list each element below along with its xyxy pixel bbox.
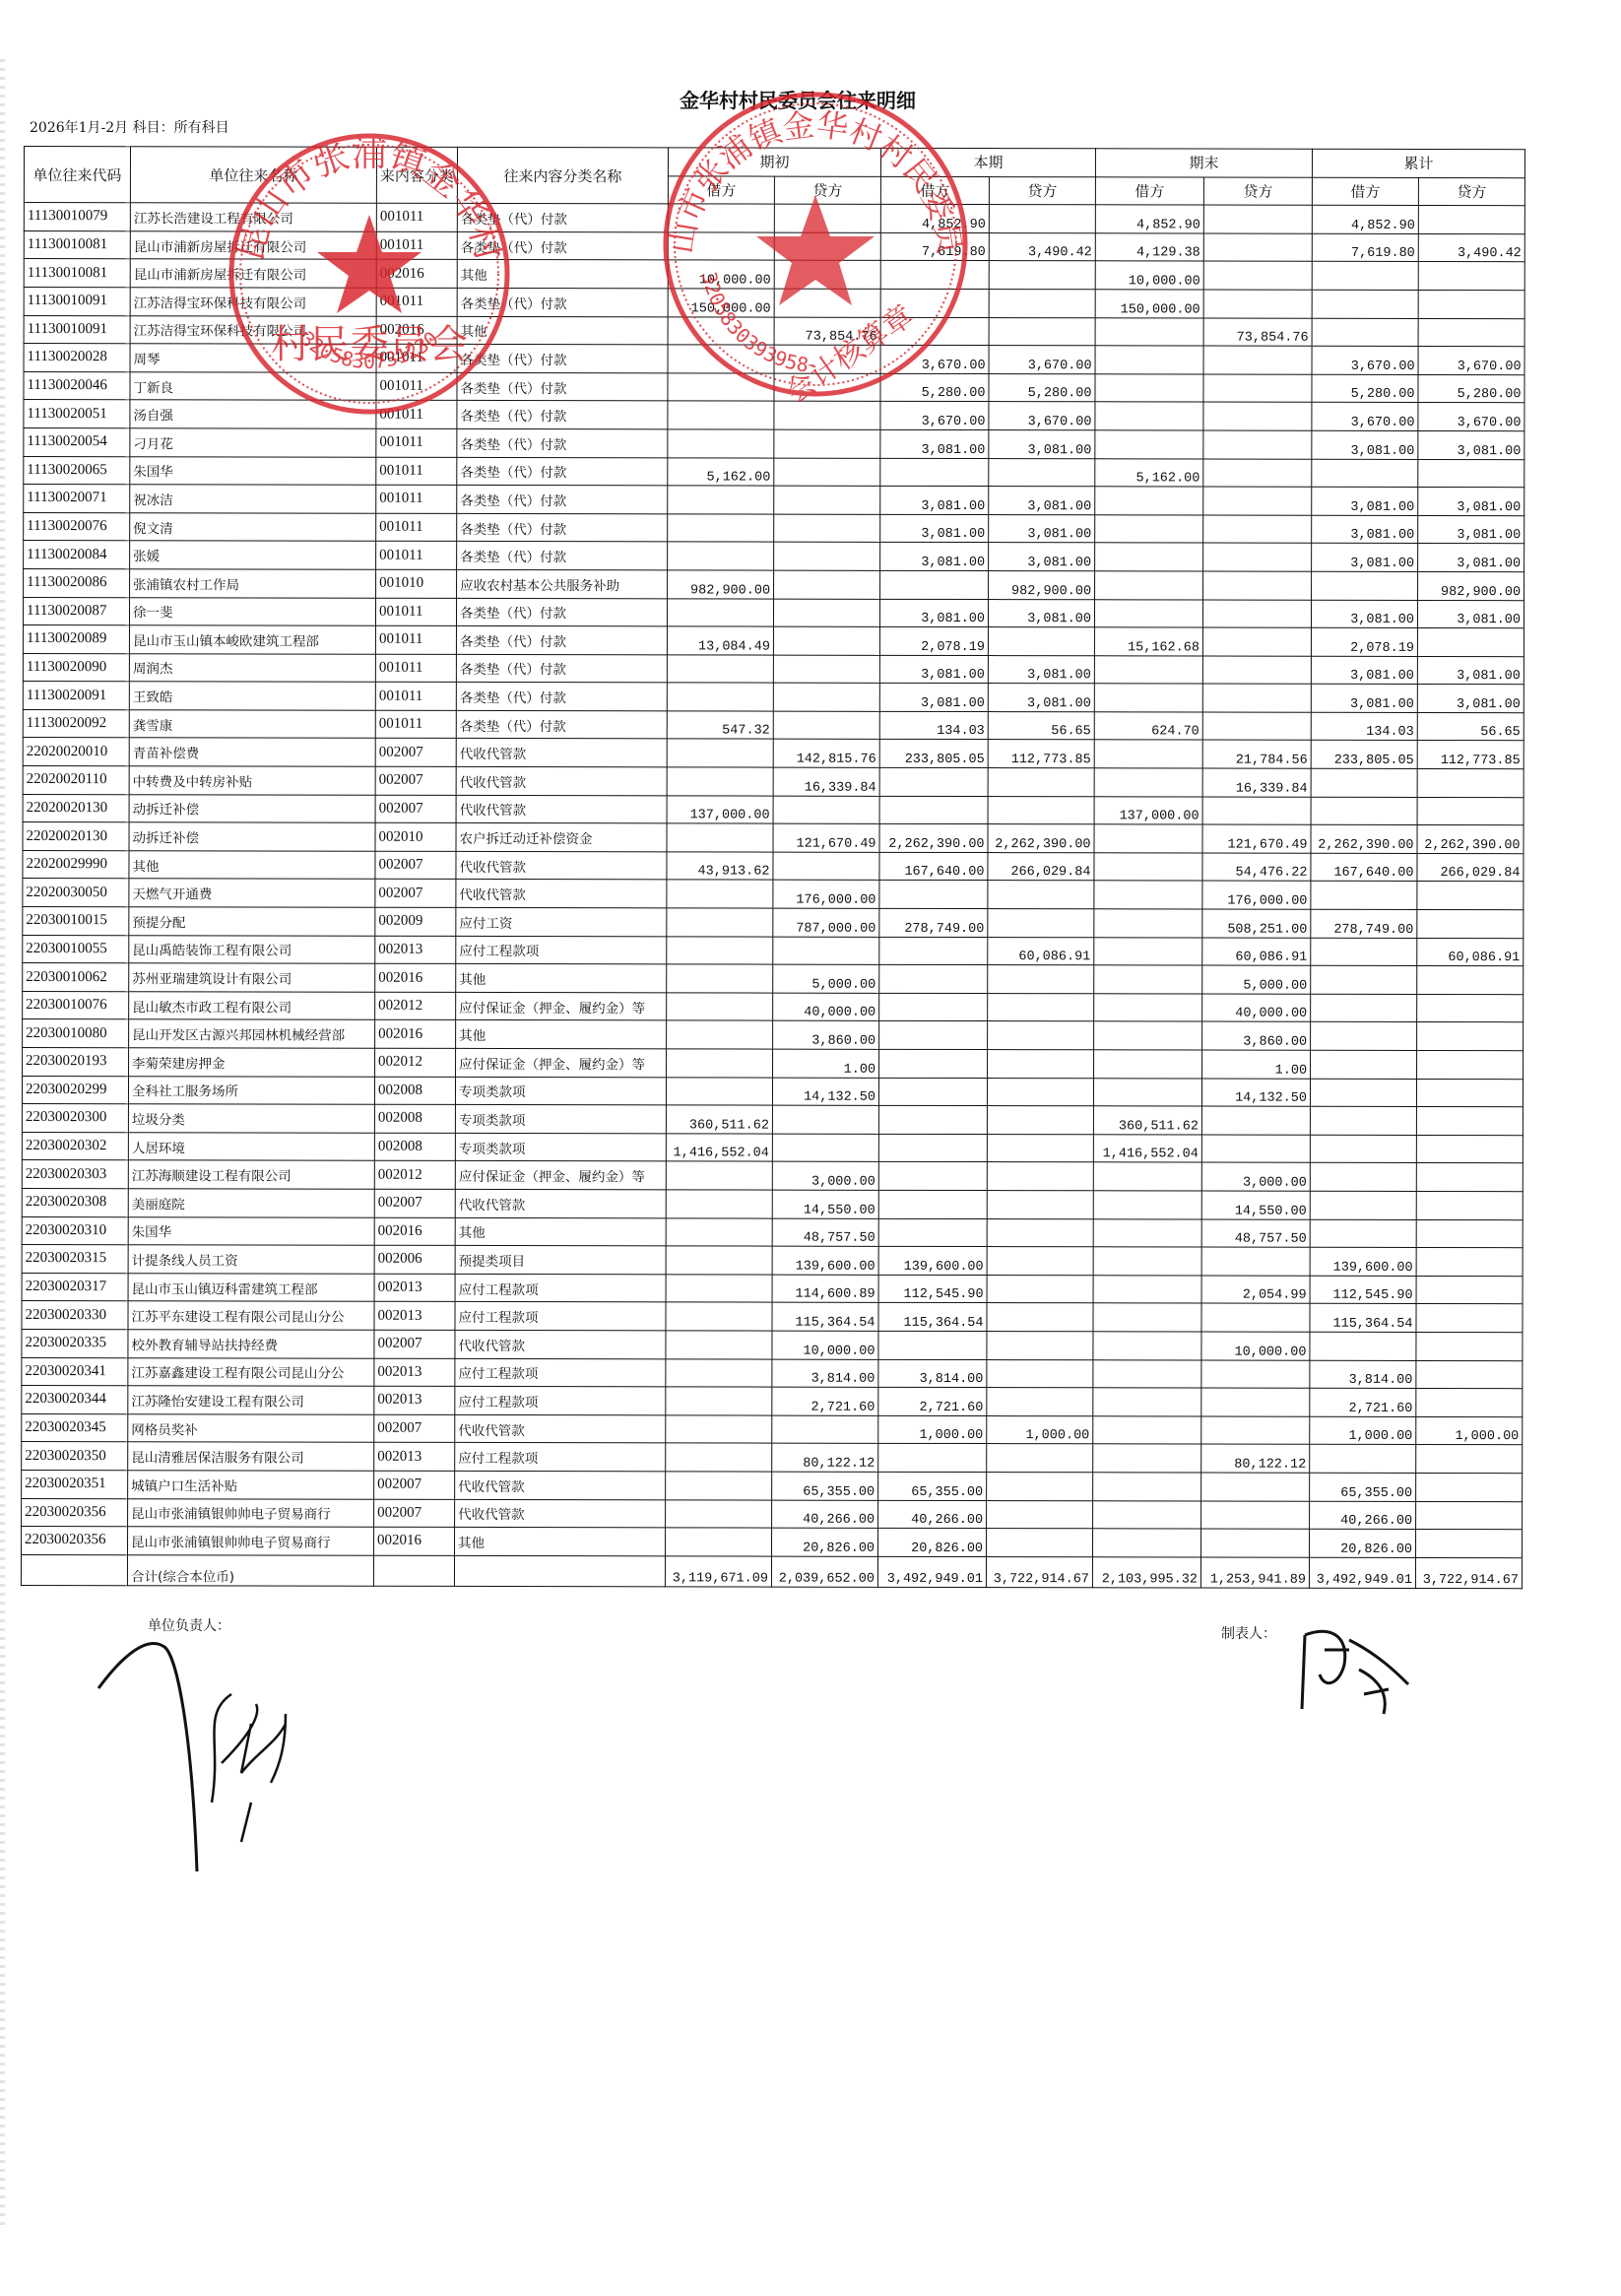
total-cat-cell [373, 1555, 454, 1586]
row-opening-debit: 982,900.00 [668, 570, 774, 599]
row-closing-debit [1093, 1500, 1201, 1529]
row-closing-credit [1201, 1501, 1310, 1530]
row-closing-credit: 3,000.00 [1201, 1162, 1310, 1191]
row-opening-credit: 787,000.00 [773, 908, 879, 937]
row-opening-debit [668, 486, 774, 514]
row-category-name: 其他 [457, 316, 668, 345]
row-cumulative-credit [1417, 797, 1524, 825]
table-row: 11130010091江苏洁得宝环保科技有限公司002016其他73,854.7… [24, 315, 1524, 347]
row-cumulative-credit [1416, 1276, 1523, 1304]
row-cumulative-debit: 3,670.00 [1312, 403, 1418, 431]
row-cumulative-credit [1416, 1501, 1523, 1530]
row-opening-credit [774, 289, 880, 317]
row-category-name: 预提类项目 [455, 1246, 666, 1275]
row-cumulative-credit: 3,081.00 [1417, 600, 1524, 628]
row-current-credit [988, 796, 1094, 824]
row-closing-credit [1201, 1529, 1310, 1557]
row-current-debit: 20,826.00 [878, 1528, 987, 1556]
row-closing-credit [1203, 402, 1312, 430]
row-cumulative-debit [1310, 1163, 1416, 1192]
total-current-credit: 3,722,914.67 [986, 1556, 1092, 1587]
row-opening-debit [667, 964, 773, 993]
row-opening-debit [668, 204, 774, 232]
row-name: 天燃气开通费 [129, 879, 375, 907]
row-opening-debit: 547.32 [667, 711, 773, 740]
row-closing-credit [1201, 1247, 1310, 1276]
row-cumulative-debit: 3,081.00 [1311, 600, 1417, 628]
row-opening-debit [668, 345, 774, 373]
row-name: 昆山市张浦镇银帅帅电子贸易商行 [128, 1527, 374, 1555]
row-category-code: 002013 [374, 1386, 455, 1414]
total-current-debit: 3,492,949.01 [877, 1556, 986, 1587]
row-name: 美丽庭院 [128, 1189, 374, 1217]
row-cumulative-debit [1310, 1106, 1416, 1135]
col-header-credit: 贷方 [1203, 177, 1312, 206]
col-header-credit: 贷方 [774, 176, 880, 205]
row-closing-debit [1093, 1415, 1201, 1444]
row-code: 11130020046 [24, 371, 130, 400]
row-current-debit: 5,280.00 [880, 373, 989, 402]
row-closing-credit: 5,000.00 [1202, 965, 1311, 994]
row-category-code: 002008 [374, 1077, 455, 1105]
row-category-code: 002006 [374, 1245, 455, 1274]
row-cumulative-credit: 3,670.00 [1418, 347, 1524, 375]
row-code: 22030020310 [22, 1216, 128, 1245]
row-opening-credit: 5,000.00 [773, 964, 879, 993]
row-closing-credit [1203, 261, 1312, 290]
row-closing-debit: 4,129.38 [1095, 233, 1203, 262]
row-code: 11130010091 [24, 315, 130, 344]
row-cumulative-credit [1418, 318, 1524, 347]
row-cumulative-credit [1417, 769, 1524, 798]
row-category-name: 各类垫（代）付款 [457, 428, 668, 457]
row-category-code: 001011 [375, 598, 456, 626]
row-name: 其他 [129, 851, 375, 880]
row-cumulative-debit: 5,280.00 [1312, 374, 1418, 403]
row-opening-credit [774, 232, 880, 261]
row-closing-debit [1093, 1191, 1201, 1219]
row-opening-debit [666, 1443, 772, 1472]
row-category-name: 各类垫（代）付款 [456, 626, 667, 655]
row-opening-debit [666, 1246, 772, 1275]
row-closing-credit [1203, 205, 1312, 233]
row-code: 22030010015 [23, 907, 129, 936]
table-row: 11130020089昆山市玉山镇本峻欧建筑工程部001011各类垫（代）付款1… [23, 625, 1524, 657]
row-opening-credit: 20,826.00 [772, 1528, 878, 1556]
row-cumulative-debit: 3,081.00 [1311, 685, 1417, 713]
row-code: 22030010076 [23, 991, 129, 1019]
table-row: 22030020335校外教育辅导站扶持经费002007代收代管款10,000.… [22, 1329, 1523, 1360]
row-cumulative-debit [1312, 318, 1418, 347]
row-cumulative-debit: 3,670.00 [1312, 346, 1418, 374]
row-current-debit: 2,078.19 [879, 626, 988, 655]
row-opening-debit [666, 1190, 772, 1218]
row-cumulative-debit [1310, 1079, 1416, 1107]
row-opening-debit [668, 373, 774, 402]
table-row: 22030010062苏州亚瑞建筑设计有限公司002016其他5,000.005… [23, 963, 1524, 995]
row-cumulative-credit: 982,900.00 [1418, 571, 1524, 600]
row-current-debit: 1,000.00 [878, 1415, 987, 1444]
row-cumulative-debit [1310, 1135, 1416, 1163]
row-closing-credit: 508,251.00 [1202, 909, 1311, 938]
row-name: 江苏海顺建设工程有限公司 [128, 1160, 374, 1189]
row-closing-debit [1093, 1444, 1201, 1473]
row-category-code: 002007 [375, 766, 456, 795]
row-category-name: 代收代管款 [455, 1414, 666, 1443]
table-row: 22030020344江苏隆怡安建设工程有限公司002013应付工程款项2,72… [22, 1386, 1523, 1417]
row-opening-credit [773, 937, 879, 965]
row-current-debit [880, 570, 989, 599]
row-opening-debit [668, 232, 774, 261]
row-code: 22020020010 [23, 738, 129, 766]
row-current-debit: 2,721.60 [878, 1387, 987, 1415]
row-closing-credit: 14,550.00 [1201, 1191, 1310, 1219]
row-closing-credit [1202, 627, 1311, 656]
row-opening-credit: 65,355.00 [772, 1472, 878, 1500]
row-category-code: 001011 [375, 710, 456, 739]
group-header-closing: 期末 [1095, 149, 1312, 177]
row-category-name: 各类垫（代）付款 [457, 204, 668, 232]
row-category-name: 各类垫（代）付款 [456, 598, 667, 626]
row-category-name: 专项类款项 [455, 1105, 666, 1134]
row-closing-debit: 15,162.68 [1094, 627, 1202, 656]
row-code: 11130010081 [24, 230, 130, 259]
row-category-code: 001011 [376, 344, 457, 372]
row-closing-debit [1094, 1050, 1202, 1079]
row-name: 校外教育辅导站扶持经费 [128, 1330, 374, 1358]
row-closing-credit: 16,339.84 [1202, 768, 1311, 797]
row-category-code: 002007 [374, 1189, 455, 1217]
row-closing-debit [1095, 543, 1203, 571]
row-closing-debit: 1,416,552.04 [1093, 1135, 1201, 1163]
total-label: 合计(综合本位币) [127, 1554, 373, 1586]
row-closing-debit [1094, 599, 1202, 627]
row-cumulative-credit [1416, 1079, 1523, 1107]
row-category-code: 002009 [375, 907, 456, 936]
row-opening-debit [667, 1049, 773, 1078]
row-opening-credit: 1.00 [773, 1049, 879, 1078]
row-category-name: 其他 [456, 1020, 667, 1049]
row-opening-credit: 142,815.76 [773, 740, 879, 768]
row-name: 丁新良 [130, 371, 376, 400]
row-current-credit [987, 1247, 1093, 1276]
row-category-name: 各类垫（代）付款 [457, 372, 668, 401]
row-code: 22030020302 [22, 1132, 128, 1160]
row-closing-credit: 3,860.00 [1202, 1021, 1311, 1050]
row-name: 全科社工服务场所 [128, 1076, 374, 1104]
total-closing-credit: 1,253,941.89 [1200, 1557, 1309, 1588]
row-opening-credit: 3,814.00 [772, 1359, 878, 1388]
row-opening-debit [666, 1528, 772, 1556]
row-code: 22020020110 [23, 766, 129, 795]
row-category-code: 002012 [375, 992, 456, 1020]
row-current-debit [880, 261, 989, 290]
row-cumulative-debit [1311, 1050, 1417, 1079]
row-category-name: 应付工程款项 [456, 936, 667, 964]
row-closing-credit [1202, 656, 1311, 685]
row-cumulative-credit [1416, 1219, 1523, 1248]
table-row: 22020030050天燃气开通费002007代收代管款176,000.0017… [23, 879, 1524, 910]
row-category-code: 001011 [376, 542, 457, 570]
row-opening-credit [772, 1134, 878, 1162]
row-current-debit [880, 289, 989, 317]
row-name: 城镇户口生活补贴 [128, 1471, 374, 1499]
row-cumulative-credit [1416, 1107, 1523, 1136]
row-opening-debit: 10,000.00 [668, 260, 774, 289]
row-opening-debit [668, 542, 774, 570]
row-current-debit [880, 317, 989, 346]
row-name: 昆山市玉山镇迈科雷建筑工程部 [128, 1273, 374, 1301]
row-current-debit [879, 937, 988, 965]
row-closing-debit [1093, 1162, 1201, 1191]
row-name: 王致皓 [129, 682, 375, 710]
row-name: 苏州亚瑞建筑设计有限公司 [129, 963, 375, 992]
ledger-body: 11130010079江苏长浩建设工程有限公司001011各类垫（代）付款4,8… [22, 203, 1525, 1558]
row-opening-credit [774, 373, 880, 402]
row-opening-credit [774, 204, 880, 232]
document-title: 金华村村民委员会往来明细 [680, 85, 916, 113]
row-category-code: 001011 [375, 683, 456, 711]
row-name: 周润杰 [129, 653, 375, 682]
row-current-debit [879, 993, 988, 1021]
row-current-credit [987, 1303, 1093, 1332]
row-name: 昆山禹皓装饰工程有限公司 [129, 935, 375, 963]
row-opening-debit [667, 655, 773, 684]
row-current-credit: 60,086.91 [988, 937, 1094, 965]
row-category-name: 代收代管款 [455, 1471, 666, 1499]
row-category-name: 应付保证金（押金、履约金）等 [456, 992, 667, 1020]
row-current-credit [988, 627, 1094, 656]
table-row: 22020020110中转费及中转房补贴002007代收代管款16,339.84… [23, 766, 1524, 798]
row-opening-credit [774, 486, 880, 514]
row-code: 11130020087 [23, 597, 129, 625]
table-row: 22030020330江苏平东建设工程有限公司昆山分公002013应付工程款项1… [22, 1301, 1523, 1333]
row-current-credit [987, 1500, 1093, 1529]
row-opening-debit [667, 823, 773, 852]
row-category-code: 002008 [374, 1133, 455, 1161]
row-cumulative-debit: 112,545.90 [1310, 1276, 1416, 1304]
row-category-code: 001011 [376, 457, 457, 486]
table-row: 11130020051汤自强001011各类垫（代）付款3,670.003,67… [24, 400, 1524, 431]
row-current-credit [988, 768, 1094, 797]
row-cumulative-credit: 3,081.00 [1417, 656, 1524, 685]
row-cumulative-credit: 3,081.00 [1417, 685, 1524, 713]
table-row: 22030020308美丽庭院002007代收代管款14,550.0014,55… [22, 1188, 1523, 1219]
total-row: 合计(综合本位币) 3,119,671.09 2,039,652.00 3,49… [21, 1554, 1522, 1588]
row-closing-debit [1093, 1276, 1201, 1304]
row-closing-credit [1201, 1416, 1310, 1445]
row-current-credit: 3,081.00 [988, 655, 1094, 684]
table-row: 22030010055昆山禹皓装饰工程有限公司002013应付工程款项60,08… [23, 935, 1524, 966]
row-current-debit [879, 1049, 988, 1078]
row-opening-debit [667, 936, 773, 964]
row-current-credit: 3,081.00 [989, 543, 1095, 571]
row-code: 11130020090 [23, 653, 129, 682]
table-row: 11130020084张媛001011各类垫（代）付款3,081.003,081… [24, 541, 1524, 572]
preparer-signature-icon [1290, 1615, 1428, 1724]
table-row: 22030020303江苏海顺建设工程有限公司002012应付保证金（押金、履约… [22, 1160, 1523, 1192]
row-current-debit [880, 458, 989, 487]
row-opening-debit [667, 739, 773, 767]
table-row: 11130020065朱国华001011各类垫（代）付款5,162.005,16… [24, 456, 1524, 488]
row-closing-debit [1094, 740, 1202, 768]
row-cumulative-credit: 2,262,390.00 [1417, 825, 1524, 854]
row-category-name: 其他 [455, 1217, 666, 1246]
row-code: 11130020054 [24, 427, 130, 456]
row-category-code: 002013 [375, 936, 456, 964]
table-row: 11130010079江苏长浩建设工程有限公司001011各类垫（代）付款4,8… [24, 203, 1524, 234]
row-cumulative-debit [1312, 571, 1418, 600]
table-row: 11130020087徐一斐001011各类垫（代）付款3,081.003,08… [23, 597, 1524, 628]
total-cumulative-credit: 3,722,914.67 [1415, 1557, 1522, 1588]
row-closing-credit [1203, 233, 1312, 262]
row-current-credit [987, 1472, 1093, 1500]
row-cumulative-credit: 3,081.00 [1418, 544, 1524, 572]
row-name: 朱国华 [130, 456, 376, 485]
row-code: 22030020350 [22, 1442, 128, 1471]
row-current-credit [989, 290, 1095, 318]
row-category-code: 002007 [375, 739, 456, 767]
row-current-debit: 115,364.54 [878, 1303, 987, 1332]
row-category-code: 001011 [376, 428, 457, 457]
row-current-credit: 3,670.00 [989, 402, 1095, 430]
row-code: 11130020028 [24, 344, 130, 372]
scan-edge-artifact [0, 59, 5, 2226]
table-row: 22030020315计提条线人员工资002006预提类项目139,600.00… [22, 1245, 1523, 1277]
row-opening-credit: 115,364.54 [772, 1302, 878, 1331]
row-closing-credit [1203, 346, 1312, 374]
row-closing-debit [1094, 881, 1202, 909]
row-category-code: 002013 [374, 1274, 455, 1302]
row-closing-debit [1095, 487, 1203, 515]
row-opening-credit [772, 1105, 878, 1134]
row-current-debit [879, 881, 988, 909]
row-name: 周琴 [130, 344, 376, 372]
total-closing-debit: 2,103,995.32 [1092, 1556, 1200, 1587]
row-category-code: 002007 [374, 1414, 455, 1443]
row-current-debit: 3,081.00 [880, 429, 989, 458]
row-cumulative-credit: 266,029.84 [1417, 853, 1524, 882]
row-closing-credit [1203, 571, 1312, 600]
unit-head-signature-icon [94, 1625, 369, 1881]
table-row: 22030020299全科社工服务场所002008专项类款项14,132.501… [22, 1076, 1523, 1107]
row-closing-debit [1095, 514, 1203, 543]
row-current-credit [988, 909, 1094, 938]
row-opening-debit [667, 767, 773, 796]
row-opening-credit [774, 458, 880, 487]
row-category-name: 代收代管款 [456, 795, 667, 823]
row-code: 11130020092 [23, 709, 129, 738]
row-category-code: 001011 [376, 372, 457, 401]
row-name: 汤自强 [130, 400, 376, 428]
row-cumulative-debit [1311, 965, 1417, 994]
row-current-debit: 3,670.00 [880, 345, 989, 373]
row-code: 11130020091 [23, 682, 129, 710]
row-closing-debit [1094, 965, 1202, 994]
row-cumulative-debit [1310, 1445, 1416, 1474]
row-closing-debit [1093, 1388, 1201, 1416]
table-row: 22030020310朱国华002016其他48,757.5048,757.50 [22, 1216, 1523, 1248]
row-opening-debit [666, 1217, 772, 1246]
row-category-code: 002007 [375, 880, 456, 908]
row-code: 22030020299 [22, 1076, 128, 1104]
row-category-name: 其他 [457, 260, 668, 289]
row-current-debit: 2,262,390.00 [879, 824, 988, 853]
table-row: 11130020071祝冰洁001011各类垫（代）付款3,081.003,08… [24, 485, 1524, 516]
row-cumulative-credit: 3,081.00 [1418, 515, 1524, 544]
row-category-name: 应付工程款项 [455, 1274, 666, 1302]
row-cumulative-credit: 112,773.85 [1417, 741, 1524, 769]
row-current-credit: 3,081.00 [988, 684, 1094, 712]
row-closing-credit [1201, 1135, 1310, 1163]
row-opening-credit [773, 852, 879, 881]
row-current-credit: 2,262,390.00 [988, 824, 1094, 853]
row-name: 江苏隆怡安建设工程有限公司 [128, 1386, 374, 1414]
table-row: 11130020091王致皓001011各类垫（代）付款3,081.003,08… [23, 682, 1524, 713]
row-category-code: 002013 [374, 1443, 455, 1472]
row-cumulative-debit [1311, 768, 1417, 797]
row-closing-credit: 1.00 [1202, 1050, 1311, 1079]
row-code: 22030020300 [22, 1104, 128, 1133]
row-closing-credit: 10,000.00 [1201, 1332, 1310, 1360]
row-closing-credit: 176,000.00 [1202, 881, 1311, 909]
row-opening-debit [668, 429, 774, 458]
table-row: 11130020090周润杰001011各类垫（代）付款3,081.003,08… [23, 653, 1524, 685]
table-row: 22030020300垃圾分类002008专项类款项360,511.62360,… [22, 1104, 1523, 1136]
row-closing-debit [1095, 430, 1203, 459]
row-code: 22030020356 [22, 1527, 128, 1555]
row-name: 江苏平东建设工程有限公司昆山分公 [128, 1301, 374, 1330]
row-category-name: 应付工程款项 [455, 1387, 666, 1415]
row-closing-debit: 4,852.90 [1095, 205, 1203, 233]
row-name: 祝冰洁 [130, 485, 376, 513]
row-opening-credit: 2,721.60 [772, 1387, 878, 1415]
row-name: 江苏长浩建设工程有限公司 [130, 203, 376, 231]
row-opening-debit [666, 1275, 772, 1303]
row-cumulative-debit: 2,721.60 [1310, 1388, 1416, 1416]
row-opening-debit [666, 1358, 772, 1387]
row-cumulative-debit: 40,266.00 [1310, 1501, 1416, 1530]
row-opening-debit [667, 908, 773, 937]
row-current-credit: 56.65 [988, 711, 1094, 740]
row-cumulative-debit: 278,749.00 [1311, 909, 1417, 938]
row-current-debit: 40,266.00 [878, 1500, 987, 1529]
row-current-credit [987, 1275, 1093, 1303]
row-name: 中转费及中转房补贴 [129, 766, 375, 795]
row-opening-credit: 73,854.76 [774, 317, 880, 346]
row-closing-credit: 40,000.00 [1202, 994, 1311, 1022]
row-category-code: 002013 [374, 1358, 455, 1387]
row-category-name: 其他 [456, 964, 667, 993]
row-opening-debit: 360,511.62 [666, 1105, 772, 1134]
row-current-debit [879, 1021, 988, 1050]
row-category-name: 应收农村基本公共服务补助 [457, 569, 668, 598]
row-opening-credit [774, 345, 880, 373]
row-name: 动拆迁补偿 [129, 822, 375, 851]
row-category-code: 001010 [376, 569, 457, 598]
table-row: 22030020302人居环境002008专项类款项1,416,552.041,… [22, 1132, 1523, 1163]
row-code: 11130010091 [24, 287, 130, 315]
row-current-credit [987, 1218, 1093, 1247]
row-code: 11130020076 [24, 512, 130, 541]
row-current-debit: 278,749.00 [879, 908, 988, 937]
row-opening-debit: 5,162.00 [668, 457, 774, 486]
row-opening-credit: 10,000.00 [772, 1331, 878, 1359]
row-code: 22030020193 [23, 1047, 129, 1076]
row-opening-credit: 14,132.50 [772, 1078, 878, 1106]
row-cumulative-credit: 56.65 [1417, 712, 1524, 741]
row-cumulative-credit [1417, 628, 1524, 657]
